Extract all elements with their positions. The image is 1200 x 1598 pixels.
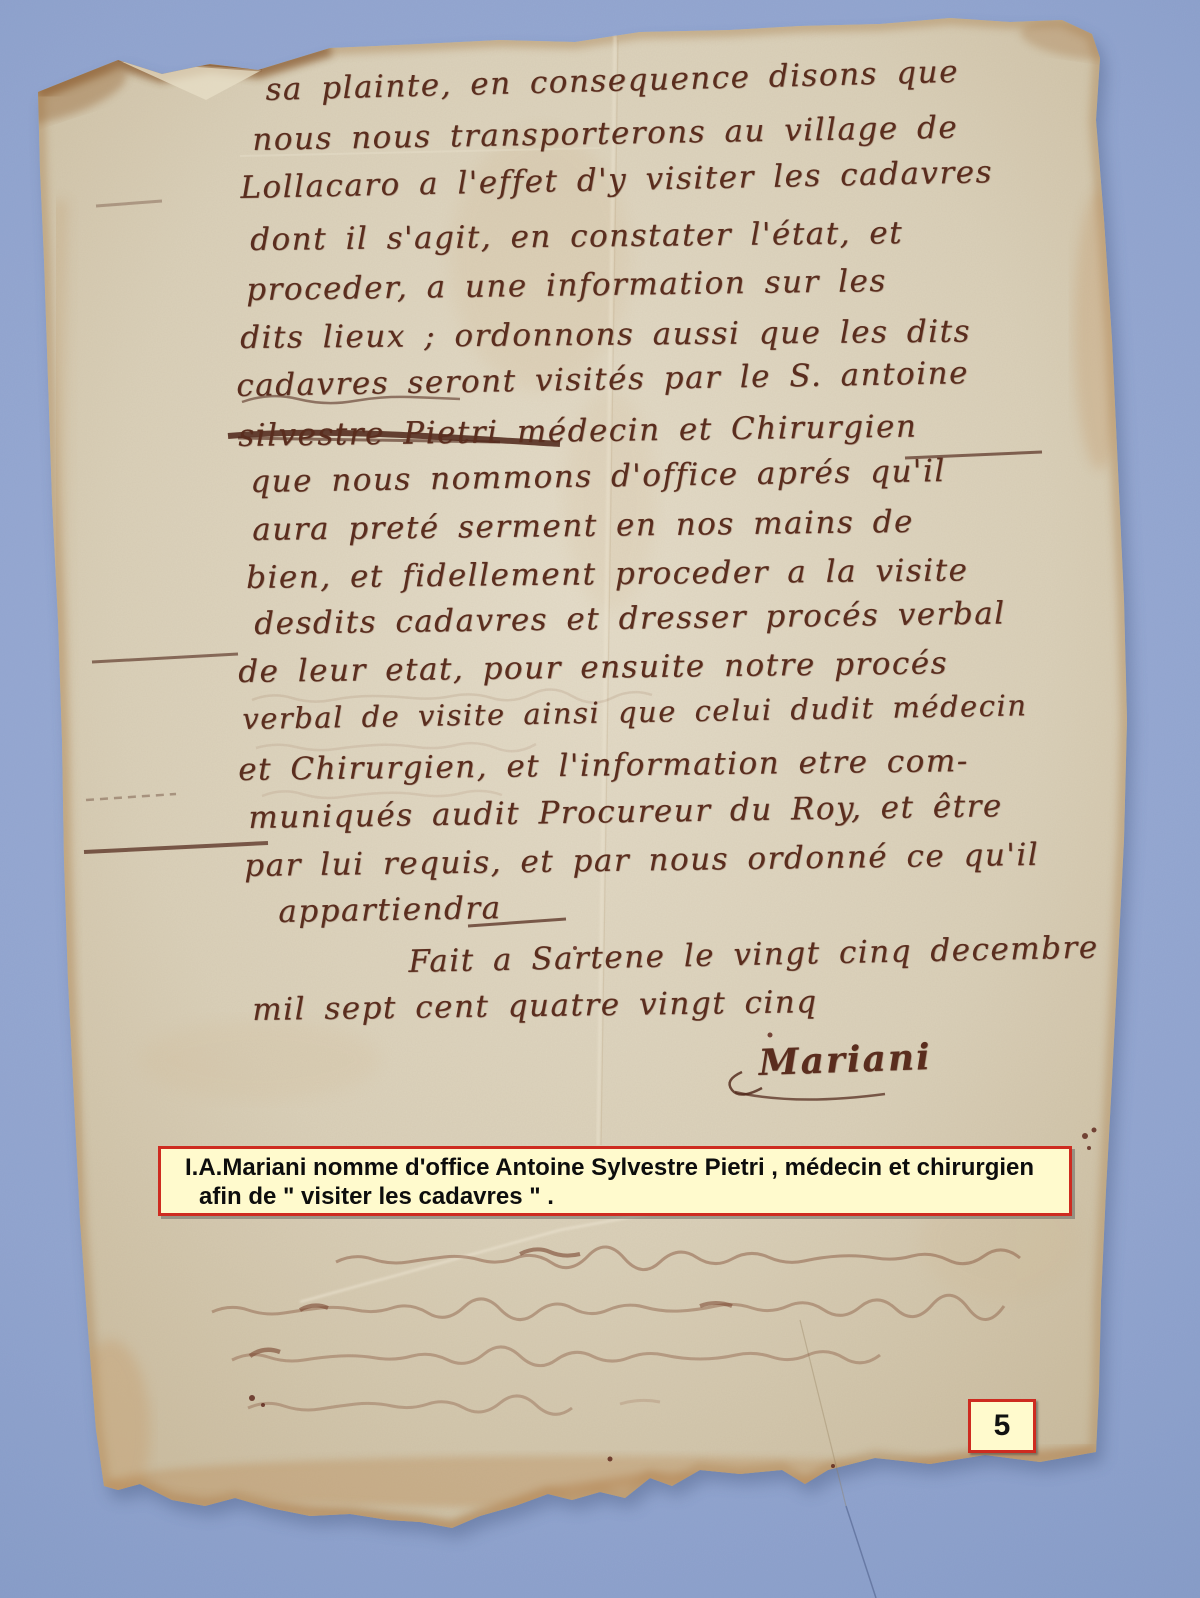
photographed-manuscript-page: sa plainte, en consequence disons que no… — [0, 0, 1200, 1598]
manuscript-signature: Mariani — [758, 1036, 932, 1084]
manuscript-line: appartiendra — [278, 890, 502, 930]
manuscript-line: dits lieux ; ordonnons aussi que les dit… — [240, 314, 971, 356]
manuscript-line: bien, et fidellement proceder a la visit… — [246, 552, 969, 596]
manuscript-line: dont il s'agit, en constater l'état, et — [250, 215, 903, 258]
caption-line-2: afin de " visiter les cadavres " . — [161, 1182, 1069, 1211]
caption-line-1: I.A.Mariani nomme d'office Antoine Sylve… — [161, 1149, 1069, 1182]
caption-box: I.A.Mariani nomme d'office Antoine Sylve… — [158, 1146, 1072, 1216]
page-number: 5 — [994, 1409, 1011, 1443]
page-number-badge: 5 — [968, 1399, 1036, 1453]
